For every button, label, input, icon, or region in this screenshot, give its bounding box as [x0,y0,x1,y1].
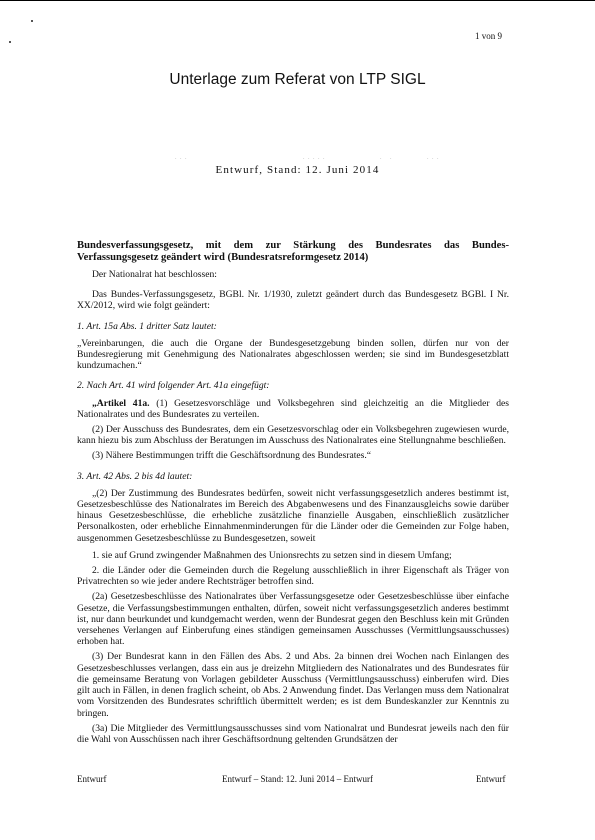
article-41a-paragraph-2: (2) Der Ausschuss des Bundesrates, dem e… [77,424,509,446]
draft-stand-line: Entwurf, Stand: 12. Juni 2014 [0,164,595,176]
scan-artifact: . . . [175,155,188,161]
section-label-1: 1. Art. 15a Abs. 1 dritter Satz lautet: [77,321,509,332]
section-label-2: 2. Nach Art. 41 wird folgender Art. 41a … [77,380,509,391]
article-41a-paragraph-3: (3) Nähere Bestimmungen trifft die Gesch… [77,450,509,461]
article-42-item-2: 2. die Länder oder die Gemeinden durch d… [77,565,509,587]
scan-top-border [0,0,595,1]
article-42-paragraph-3a: (3a) Die Mitglieder des Vermittlungsauss… [77,723,509,745]
scan-speck [31,20,33,22]
footer-center: Entwurf – Stand: 12. Juni 2014 – Entwurf [0,774,595,784]
intro-text: Der Nationalrat hat beschlossen: [77,269,509,280]
document-body: Bundesverfassungsgesetz, mit dem zur Stä… [77,240,509,745]
scan-speck [9,41,11,43]
page-indicator: 1 von 9 [475,31,502,41]
section-1-paragraph: „Vereinbarungen, die auch die Organe der… [77,338,509,372]
preamble-text: Das Bundes-Verfassungsgesetz, BGBl. Nr. … [77,289,509,311]
article-42-paragraph-3: (3) Der Bundesrat kann in den Fällen des… [77,651,509,718]
scan-artifact: . . . [427,155,440,161]
scan-artifact: . . . . . [303,155,326,161]
article-42-paragraph-2a: (2a) Gesetzesbeschlüsse des Nationalrate… [77,591,509,647]
document-title: Unterlage zum Referat von LTP SIGL [0,71,595,89]
article-41a-title: „Artikel 41a. [92,398,150,409]
section-label-3: 3. Art. 42 Abs. 2 bis 4d lautet: [77,471,509,482]
article-42-paragraph-2: „(2) Der Zustimmung des Bundesrates bedü… [77,488,509,544]
scan-artifact: . . [380,155,393,161]
article-42-item-1: 1. sie auf Grund zwingender Maßnahmen de… [77,550,509,561]
law-heading: Bundesverfassungsgesetz, mit dem zur Stä… [77,240,509,263]
footer-right: Entwurf [476,774,506,784]
article-41a-paragraph-1: „Artikel 41a. (1) Gesetzesvorschläge und… [77,398,509,420]
